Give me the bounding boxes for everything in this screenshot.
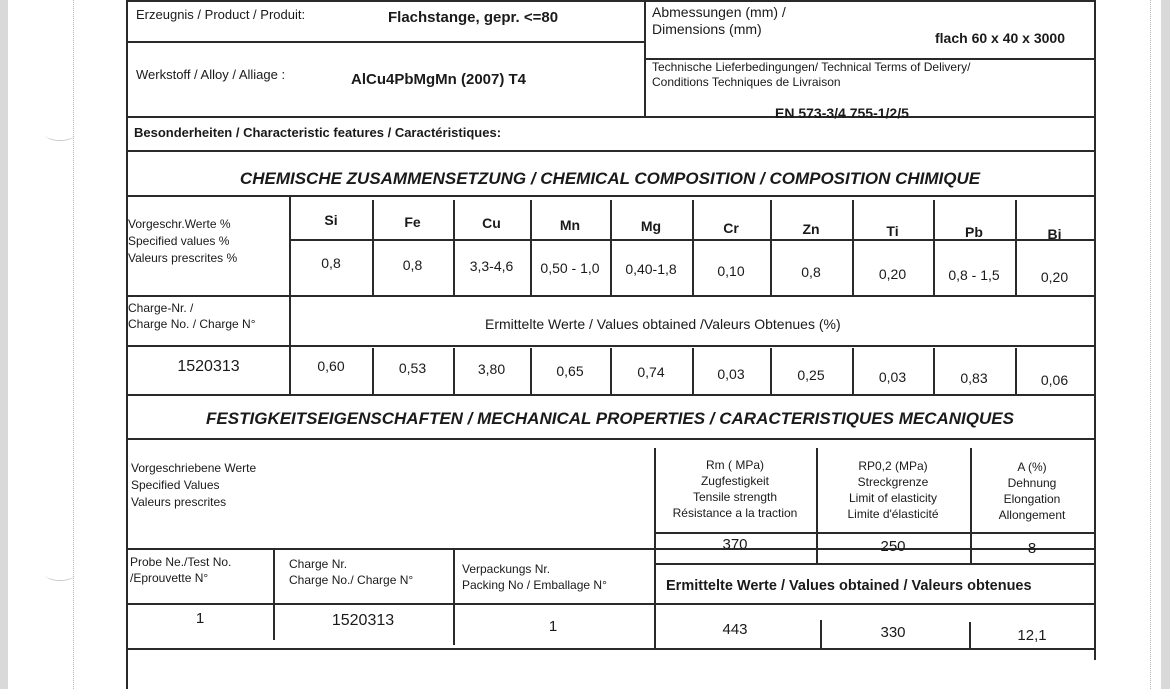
element-header-zn: Zn bbox=[770, 221, 852, 237]
charge-no-value: 1520313 bbox=[273, 612, 453, 630]
obtained-label: Ermittelte Werte / Values obtained /Vale… bbox=[485, 316, 841, 332]
delivery-value: EN 573-3/4 755-1/2/5 bbox=[775, 105, 909, 121]
specified-value-cu: 3,3-4,6 bbox=[453, 258, 530, 274]
mech-column-header: Tensile strength bbox=[654, 490, 816, 505]
dimensions-label: Dimensions (mm) bbox=[652, 21, 762, 37]
chemical-title: CHEMISCHE ZUSAMMENSETZUNG / CHEMICAL COM… bbox=[0, 169, 1170, 189]
product-label: Erzeugnis / Product / Produit: bbox=[136, 7, 305, 22]
alloy-value: AlCu4PbMgMn (2007) T4 bbox=[351, 71, 526, 88]
test-no-label: Probe Ne./Test No. bbox=[130, 555, 231, 570]
mechanical-title: FESTIGKEITSEIGENSCHAFTEN / MECHANICAL PR… bbox=[0, 409, 1170, 429]
charge-label: Charge No. / Charge N° bbox=[128, 317, 256, 332]
charge-label: Charge-Nr. / bbox=[128, 301, 193, 316]
obtained-value-zn: 0,25 bbox=[770, 367, 852, 383]
mech-column-header: A (%) bbox=[970, 460, 1094, 475]
mech-column-header: Rm ( MPa) bbox=[654, 458, 816, 473]
obtained-value-pb: 0,83 bbox=[933, 370, 1015, 386]
mech-column-header: Limit of elasticity bbox=[816, 491, 970, 506]
specified-value-mg: 0,40-1,8 bbox=[610, 261, 692, 277]
mech-column-header: Elongation bbox=[970, 492, 1094, 507]
test-no-value: 1 bbox=[127, 610, 273, 627]
specified-value-mn: 0,50 - 1,0 bbox=[530, 260, 610, 276]
mech-column-header: Zugfestigkeit bbox=[654, 474, 816, 489]
mech-specified-value: 370 bbox=[654, 536, 816, 553]
obtained-value-ti: 0,03 bbox=[852, 369, 933, 385]
test-no-label: /Eprouvette N° bbox=[130, 571, 208, 586]
mech-specified-label: Vorgeschriebene Werte bbox=[131, 461, 256, 476]
specified-value-ti: 0,20 bbox=[852, 266, 933, 282]
mech-column-header: RP0,2 (MPa) bbox=[816, 459, 970, 474]
mech-specified-label: Specified Values bbox=[131, 478, 220, 493]
packing-no-value: 1 bbox=[453, 618, 653, 635]
packing-label: Packing No / Emballage N° bbox=[462, 578, 607, 593]
col-divider bbox=[770, 200, 772, 295]
mech-column-header: Streckgrenze bbox=[816, 475, 970, 490]
dimensions-label: Abmessungen (mm) / bbox=[652, 4, 786, 20]
specified-value-cr: 0,10 bbox=[692, 263, 770, 279]
obtained-value-bi: 0,06 bbox=[1015, 372, 1094, 388]
element-header-si: Si bbox=[290, 212, 372, 228]
alloy-label: Werkstoff / Alloy / Alliage : bbox=[136, 67, 285, 82]
obtained-value-cu: 3,80 bbox=[453, 361, 530, 377]
specified-label: Specified values % bbox=[128, 234, 229, 249]
element-header-pb: Pb bbox=[933, 224, 1015, 240]
element-header-cu: Cu bbox=[453, 215, 530, 231]
charge-no-label: Charge Nr. bbox=[289, 557, 347, 572]
mech-specified-value: 250 bbox=[816, 538, 970, 555]
mech-obtained-value: 443 bbox=[654, 621, 816, 638]
element-header-ti: Ti bbox=[852, 223, 933, 239]
obtained-value-mn: 0,65 bbox=[530, 363, 610, 379]
row-divider bbox=[126, 295, 1094, 297]
mech-column-header: Dehnung bbox=[970, 476, 1094, 491]
row-divider bbox=[126, 345, 1094, 347]
col-divider bbox=[692, 200, 694, 295]
charge-no-label: Charge No./ Charge N° bbox=[289, 573, 413, 588]
specified-value-si: 0,8 bbox=[290, 255, 372, 271]
obtained-value-mg: 0,74 bbox=[610, 364, 692, 380]
col-divider bbox=[610, 200, 612, 295]
mech-obtained-label: Ermittelte Werte / Values obtained / Val… bbox=[666, 578, 1032, 594]
certificate-document: Erzeugnis / Product / Produit: Flachstan… bbox=[0, 0, 1170, 689]
product-value: Flachstange, gepr. <=80 bbox=[388, 9, 558, 26]
row-divider bbox=[126, 394, 1094, 396]
mech-column-header: Résistance a la traction bbox=[654, 506, 816, 521]
element-header-bi: Bi bbox=[1015, 226, 1094, 242]
specified-value-pb: 0,8 - 1,5 bbox=[933, 267, 1015, 283]
delivery-label: Technische Lieferbedingungen/ Technical … bbox=[652, 60, 970, 75]
mech-specified-value: 8 bbox=[970, 540, 1094, 557]
specified-value-zn: 0,8 bbox=[770, 264, 852, 280]
mech-column-header: Allongement bbox=[970, 508, 1094, 523]
specified-label: Vorgeschr.Werte % bbox=[128, 217, 231, 232]
dimensions-value: flach 60 x 40 x 3000 bbox=[935, 30, 1065, 46]
col-divider bbox=[530, 200, 532, 295]
element-header-fe: Fe bbox=[372, 214, 453, 230]
element-header-cr: Cr bbox=[692, 220, 770, 236]
delivery-label: Conditions Techniques de Livraison bbox=[652, 75, 841, 90]
mech-specified-label: Valeurs prescrites bbox=[131, 495, 226, 510]
table-border bbox=[1094, 0, 1096, 660]
specified-label: Valeurs prescrites % bbox=[128, 251, 237, 266]
element-header-mn: Mn bbox=[530, 217, 610, 233]
charge-number: 1520313 bbox=[127, 358, 290, 376]
packing-label: Verpackungs Nr. bbox=[462, 562, 550, 577]
obtained-value-cr: 0,03 bbox=[692, 366, 770, 382]
mech-obtained-value: 12,1 bbox=[970, 627, 1094, 644]
element-header-mg: Mg bbox=[610, 218, 692, 234]
mech-column-header: Limite d'élasticité bbox=[816, 507, 970, 522]
specified-value-bi: 0,20 bbox=[1015, 269, 1094, 285]
obtained-value-si: 0,60 bbox=[290, 358, 372, 374]
features-label: Besonderheiten / Characteristic features… bbox=[134, 125, 501, 140]
mech-obtained-value: 330 bbox=[816, 624, 970, 641]
obtained-value-fe: 0,53 bbox=[372, 360, 453, 376]
specified-value-fe: 0,8 bbox=[372, 257, 453, 273]
